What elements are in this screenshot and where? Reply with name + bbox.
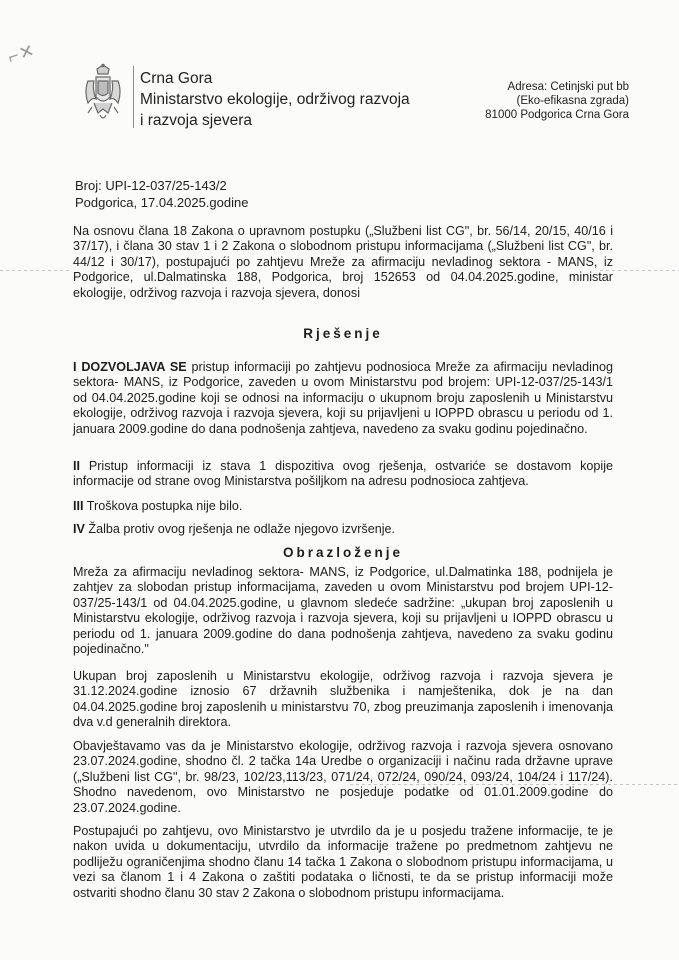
reasoning-title: Obrazloženje — [73, 545, 613, 560]
item-text: Troškova postupka nije bilo. — [84, 499, 243, 513]
item-numeral: IV — [73, 522, 85, 536]
header-organization: Crna Gora Ministarstvo ekologije, održiv… — [140, 68, 410, 131]
header-divider — [133, 66, 134, 128]
ministry-address: Adresa: Cetinjski put bb (Eko-efikasna z… — [485, 80, 629, 122]
decision-item-4: IV Žalba protiv ovog rješenja ne odlaže … — [73, 522, 613, 537]
decision-item-1: I DOZVOLJAVA SE pristup informaciji po z… — [73, 360, 613, 437]
ministry-name-line2: i razvoja sjevera — [140, 110, 410, 131]
reasoning-paragraph-2: Ukupan broj zaposlenih u Ministarstvu ek… — [73, 669, 613, 731]
address-line2: (Eko-efikasna zgrada) — [485, 94, 629, 108]
decision-item-3: III Troškova postupka nije bilo. — [73, 499, 613, 514]
reasoning-paragraph-1: Mreža za afirmaciju nevladinog sektora- … — [73, 565, 613, 657]
item-numeral: III — [73, 499, 84, 513]
decision-item-2: II Pristup informaciji iz stava 1 dispoz… — [73, 459, 613, 490]
item-text: Žalba protiv ovog rješenja ne odlaže nje… — [85, 522, 395, 536]
preamble: Na osnovu člana 18 Zakona o upravnom pos… — [73, 224, 613, 301]
item-text: Pristup informaciji iz stava 1 dispoziti… — [73, 459, 613, 488]
document-number: Broj: UPI-12-037/25-143/2 — [75, 177, 248, 194]
decision-title: Rješenje — [73, 326, 613, 341]
scan-mark: ⌐ ✕ — [5, 41, 35, 69]
scan-artifact — [600, 270, 679, 271]
address-line3: 81000 Podgorica Crna Gora — [485, 108, 629, 122]
document-page: ⌐ ✕ Crna Gora Ministarstvo ekologije, od… — [0, 0, 679, 960]
place-and-date: Podgorica, 17.04.2025.godine — [75, 194, 248, 211]
scan-artifact — [0, 270, 72, 271]
reasoning-paragraph-3: Obavještavamo vas da je Ministarstvo eko… — [73, 739, 613, 816]
item-numeral: II — [73, 459, 80, 473]
reasoning-paragraph-4: Postupajući po zahtjevu, ovo Ministarstv… — [73, 824, 613, 901]
item-numeral: I — [73, 360, 77, 374]
document-meta: Broj: UPI-12-037/25-143/2 Podgorica, 17.… — [75, 177, 248, 211]
item-lead: DOZVOLJAVA SE — [81, 360, 186, 374]
address-line1: Adresa: Cetinjski put bb — [485, 80, 629, 94]
scan-artifact — [350, 784, 679, 785]
ministry-name-line1: Ministarstvo ekologije, održivog razvoja — [140, 89, 410, 110]
country-name: Crna Gora — [140, 68, 410, 89]
coat-of-arms-icon — [80, 63, 126, 123]
